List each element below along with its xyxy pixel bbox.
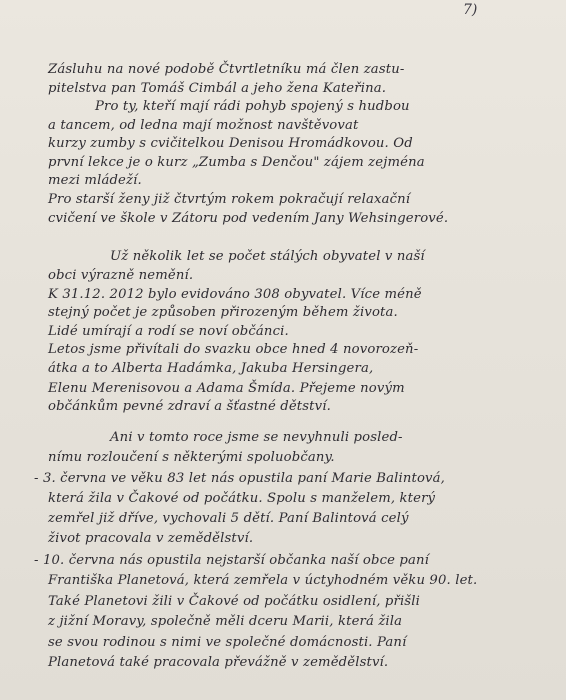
text-line: která žila v Čakové od počátku. Spolu s … [48, 490, 435, 508]
text-line: Františka Planetová, která zemřela v úct… [48, 572, 477, 590]
text-line: pitelstva pan Tomáš Cimbál a jeho žena K… [48, 80, 386, 98]
text-line: mezi mládeží. [48, 172, 142, 190]
text-line: Ani v tomto roce jsme se nevyhnuli posle… [110, 429, 403, 447]
text-line: a tancem, od ledna mají možnost navštěvo… [48, 117, 358, 135]
text-line: kurzy zumby s cvičitelkou Denisou Hromád… [48, 135, 413, 153]
text-line: Také Planetovi žili v Čakové od počátku … [48, 593, 420, 611]
text-line: obci výrazně nemění. [48, 267, 193, 285]
text-line: první lekce je o kurz „Zumba s Denčou" z… [48, 154, 425, 172]
text-line: K 31.12. 2012 bylo evidováno 308 obyvate… [48, 286, 422, 304]
text-line: - 3. června ve věku 83 let nás opustila … [34, 470, 445, 488]
page-number: 7) [463, 2, 477, 18]
text-line: átka a to Alberta Hadámka, Jakuba Hersin… [48, 360, 373, 378]
text-line: Pro starší ženy již čtvrtým rokem pokrač… [48, 191, 410, 209]
text-line: Zásluhu na nové podobě Čtvrtletníku má č… [48, 61, 404, 79]
handwritten-page: 7) Zásluhu na nové podobě Čtvrtletníku m… [0, 0, 566, 700]
text-line: z jižní Moravy, společně měli dceru Mari… [48, 613, 402, 631]
text-line: Letos jsme přivítali do svazku obce hned… [48, 341, 418, 359]
text-line: Lidé umírají a rodí se noví občánci. [48, 323, 289, 341]
text-line: nímu rozloučení s některými spoluobčany. [48, 449, 335, 467]
text-line: stejný počet je způsoben přirozeným běhe… [48, 304, 398, 322]
text-line: Planetová také pracovala převážně v země… [48, 654, 388, 672]
text-line: cvičení ve škole v Zátoru pod vedením Ja… [48, 210, 448, 228]
text-line: - 10. června nás opustila nejstarší obča… [34, 552, 429, 570]
text-line: Už několik let se počet stálých obyvatel… [110, 248, 425, 266]
text-line: Pro ty, kteří mají rádi pohyb spojený s … [95, 98, 410, 116]
text-line: život pracovala v zemědělství. [48, 530, 253, 548]
text-line: zemřel již dříve, vychovali 5 dětí. Paní… [48, 510, 409, 528]
text-line: se svou rodinou s nimi ve společné domác… [48, 634, 406, 652]
text-line: občánkům pevné zdraví a šťastné dětství. [48, 398, 331, 416]
text-line: Elenu Merenisovou a Adama Šmída. Přejeme… [48, 380, 405, 398]
